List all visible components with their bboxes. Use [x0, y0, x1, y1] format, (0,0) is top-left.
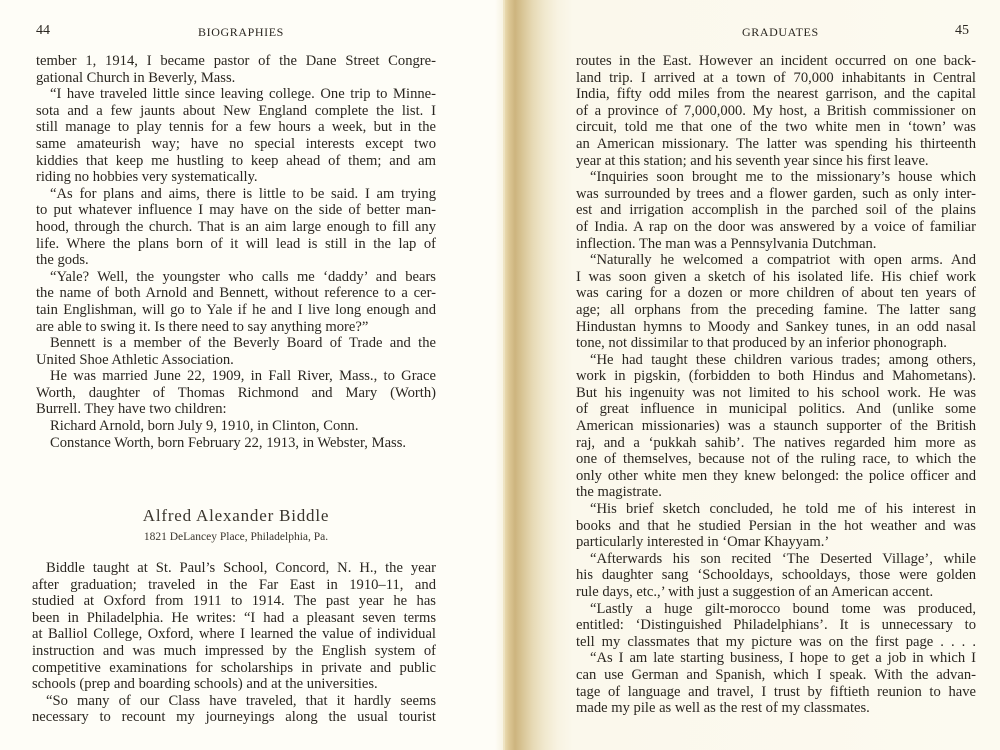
text-line: “So many of our Class have traveled, tha… [32, 693, 436, 710]
biography-name: Alfred Alexander Biddle [36, 506, 436, 526]
text-line: age; all orphans from the preceding fami… [576, 302, 976, 319]
text-line: same amateurish way; have no special int… [36, 136, 436, 153]
text-line: gational Church in Beverly, Mass. [36, 70, 436, 87]
text-line: after graduation; traveled in the Far Ea… [32, 577, 436, 594]
text-line: routes in the East. However an incident … [576, 53, 976, 70]
text-line: competitive examinations for scholarship… [32, 660, 436, 677]
text-line: United Shoe Athletic Association. [36, 352, 436, 369]
text-line: can use German and Spanish, which I spea… [576, 667, 976, 684]
text-line: tage of language and travel, I trust by … [576, 684, 976, 701]
text-line: studied at Oxford from 1911 to 1914. The… [32, 593, 436, 610]
text-line: “Afterwards his son recited ‘The Deserte… [576, 551, 976, 568]
text-line: instruction and was much impressed by th… [32, 643, 436, 660]
text-line: life. Where the plans born of it will le… [36, 236, 436, 253]
text-line: of great influence in municipal politics… [576, 401, 976, 418]
left-page: 44 BIOGRAPHIES tember 1, 1914, I became … [0, 0, 503, 750]
text-line: at Balliol College, Oxford, where I lear… [32, 626, 436, 643]
biography-text: Biddle taught at St. Paul’s School, Conc… [32, 560, 436, 726]
text-line: year at this station; and his seventh ye… [576, 153, 976, 170]
text-line: “Naturally he welcomed a compatriot with… [576, 252, 976, 269]
text-line: “Inquiries soon brought me to the missio… [576, 169, 976, 186]
text-line: his daughter sang ‘Schooldays, schoolday… [576, 567, 976, 584]
text-line: an American missionary. The latter was s… [576, 136, 976, 153]
text-line: was surrounded by trees and a flower gar… [576, 186, 976, 203]
text-line: circuit, told me that one of the two whi… [576, 119, 976, 136]
text-line: one of themselves, because not of the ru… [576, 451, 976, 468]
text-line: India, fifty odd miles from the nearest … [576, 86, 976, 103]
right-page-text: routes in the East. However an incident … [576, 53, 976, 717]
text-line: “He had taught these children various tr… [576, 352, 976, 369]
text-line: tone, not dissimilar to that produced by… [576, 335, 976, 352]
text-line: I was soon given a sketch of his isolate… [576, 269, 976, 286]
text-line: made my pile as well as the rest of my c… [576, 700, 976, 717]
left-continuation-text: tember 1, 1914, I became pastor of the D… [36, 53, 436, 418]
text-line: to put whatever influence I may have on … [36, 202, 436, 219]
text-line: of India. A rap on the door was answered… [576, 219, 976, 236]
text-line: He was married June 22, 1909, in Fall Ri… [36, 368, 436, 385]
child-entry: Constance Worth, born February 22, 1913,… [36, 435, 436, 452]
child-entry: Richard Arnold, born July 9, 1910, in Cl… [36, 418, 436, 435]
text-line: the gods. [36, 252, 436, 269]
text-line: work in pigskin, (forbidden to both Hind… [576, 368, 976, 385]
text-line: only other white men they knew belonged:… [576, 468, 976, 485]
text-line: been in Philadelphia. He writes: “I had … [32, 610, 436, 627]
text-line: “Lastly a huge gilt-morocco bound tome w… [576, 601, 976, 618]
text-line: Hindustan hymns to Moody and Sankey tune… [576, 319, 976, 336]
text-line: sota and a few jaunts about New England … [36, 103, 436, 120]
text-line: “Yale? Well, the youngster who calls me … [36, 269, 436, 286]
text-line: tember 1, 1914, I became pastor of the D… [36, 53, 436, 70]
text-line: was caring for a dozen or more children … [576, 285, 976, 302]
text-line: inflection. The man was a Pennsylvania D… [576, 236, 976, 253]
text-line: Bennett is a member of the Beverly Board… [36, 335, 436, 352]
text-line: land trip. I arrived at a town of 70,000… [576, 70, 976, 87]
text-line: entitled: ‘Distinguished Philadelphians’… [576, 617, 976, 634]
text-line: “I have traveled little since leaving co… [36, 86, 436, 103]
book-gutter [495, 0, 505, 750]
running-head-right: GRADUATES [742, 25, 819, 39]
running-head-left: BIOGRAPHIES [198, 25, 284, 39]
text-line: hood, through the church. That is an aim… [36, 219, 436, 236]
text-line: the magistrate. [576, 484, 976, 501]
text-line: raj, and a ‘pukkah sahib’. The natives r… [576, 435, 976, 452]
text-line: are able to swing it. Is there need to s… [36, 319, 436, 336]
biography-address: 1821 DeLancey Place, Philadelphia, Pa. [36, 530, 436, 544]
text-line: rule days, etc.,’ with just a suggestion… [576, 584, 976, 601]
text-line: necessary to recount my journeyings alon… [32, 709, 436, 726]
text-line: tain Englishman, will go to Yale if he a… [36, 302, 436, 319]
text-line: Worth, daughter of Thomas Richmond and M… [36, 385, 436, 402]
text-line: est and irrigation accomplish in the par… [576, 202, 976, 219]
text-line: American missionaries) was a staunch sup… [576, 418, 976, 435]
page-number-right: 45 [955, 23, 969, 39]
text-line: still manage to play tennis for a few ho… [36, 119, 436, 136]
text-line: “His brief sketch concluded, he told me … [576, 501, 976, 518]
text-line: Burrell. They have two children: [36, 401, 436, 418]
text-line: particularly interested in ‘Omar Khayyam… [576, 534, 976, 551]
text-line: books and that he studied Persian in the… [576, 518, 976, 535]
text-line: riding no hobbies very systematically. [36, 169, 436, 186]
text-line: of a province of 7,000,000. My host, a B… [576, 103, 976, 120]
text-line: tell my classmates that my picture was o… [576, 634, 976, 651]
text-line: schools (prep and boarding schools) and … [32, 676, 436, 693]
text-line: “As I am late starting business, I hope … [576, 650, 976, 667]
text-line: But his ingenuity was not limited to his… [576, 385, 976, 402]
text-line: kiddies that keep me hustling to keep ah… [36, 153, 436, 170]
text-line: “As for plans and aims, there is little … [36, 186, 436, 203]
text-line: the name of both Arnold and Bennett, wit… [36, 285, 436, 302]
children-list: Richard Arnold, born July 9, 1910, in Cl… [36, 418, 436, 451]
page-number-left: 44 [36, 23, 50, 39]
text-line: Biddle taught at St. Paul’s School, Conc… [32, 560, 436, 577]
